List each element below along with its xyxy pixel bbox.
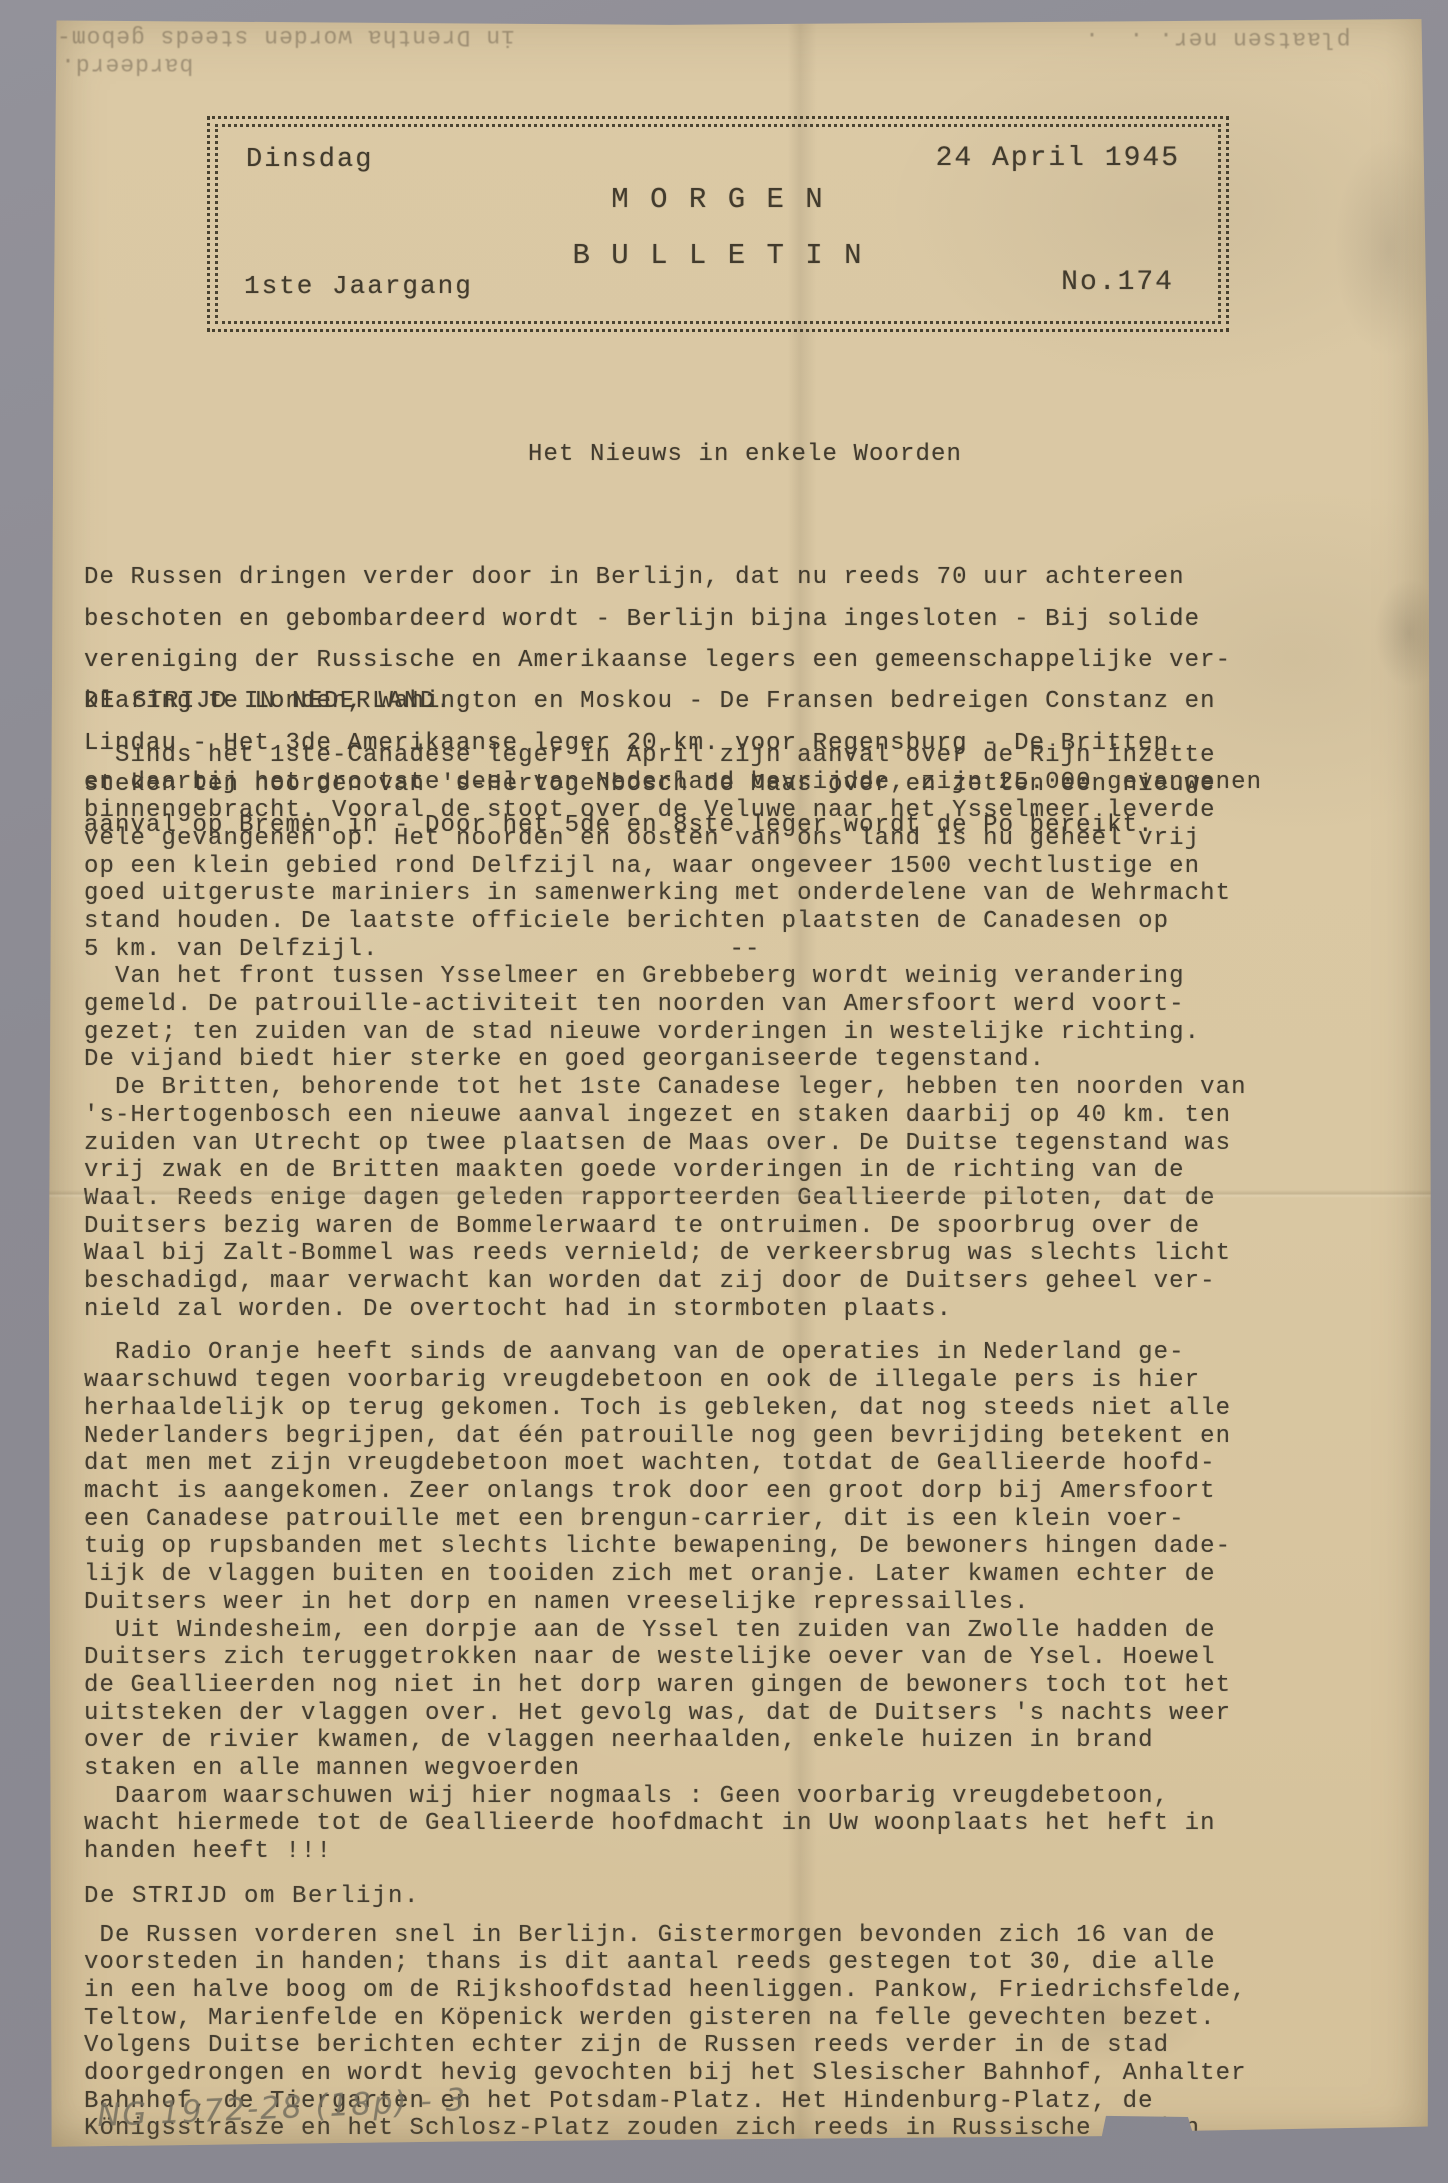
ghost-print-line: in Drentha worden steeds gebom- bbox=[56, 24, 515, 50]
text-line: Radio Oranje heeft sinds de aanvang van … bbox=[84, 1339, 1414, 1367]
text-line: 5 km. van Delfzijl. bbox=[84, 936, 1414, 964]
masthead-day: Dinsdag bbox=[246, 145, 373, 175]
text-line: gemeld. De patrouille-activiteit ten noo… bbox=[84, 991, 1414, 1019]
text-line: goed uitgeruste mariniers in samenwerkin… bbox=[84, 880, 1414, 908]
text-line: beschadigd, maar verwacht kan worden dat… bbox=[84, 1268, 1414, 1296]
paper-stain bbox=[1334, 138, 1444, 358]
text-line: 's-Hertogenbosch een nieuwe aanval ingez… bbox=[84, 1102, 1414, 1130]
text-line: gezet; ten zuiden van de stad nieuwe vor… bbox=[84, 1019, 1414, 1047]
text-line: Waal bij Zalt-Bommel was reeds vernield;… bbox=[84, 1240, 1414, 1268]
masthead-issue-number: No.174 bbox=[1061, 267, 1174, 298]
masthead-title-line1: M O R G E N bbox=[210, 183, 1226, 216]
text-line: stand houden. De laatste officiele beric… bbox=[84, 908, 1414, 936]
paragraph: Radio Oranje heeft sinds de aanvang van … bbox=[84, 1339, 1414, 1616]
text-line: vele gevangenen op. Het noorden en ooste… bbox=[84, 825, 1414, 853]
text-line: De Britten, behorende tot het 1ste Canad… bbox=[84, 1074, 1414, 1102]
text-line: De vijand biedt hier sterke en goed geor… bbox=[84, 1046, 1414, 1074]
text-line: macht is aangekomen. Zeer onlangs trok d… bbox=[84, 1478, 1414, 1506]
text-line: dat men met zijn vreugdebetoon moet wach… bbox=[84, 1450, 1414, 1478]
text-line: uitsteken der vlaggen over. Het gevolg w… bbox=[84, 1700, 1414, 1728]
paragraph: Daarom waarschuwen wij hier nogmaals : G… bbox=[84, 1783, 1414, 1866]
text-line: wacht hiermede tot de Geallieerde hoofdm… bbox=[84, 1810, 1414, 1838]
body-blocks: DE STRIJD IN NEDERLAND. Sinds het 1ste-C… bbox=[84, 688, 1414, 2143]
newsletter-page: in Drentha worden steeds gebom- bardeerd… bbox=[44, 18, 1434, 2150]
text-line: Volgens Duitse berichten echter zijn de … bbox=[84, 2032, 1414, 2060]
text-line: in een halve boog om de Rijkshoofdstad h… bbox=[84, 1977, 1414, 2005]
masthead-box: Dinsdag 24 April 1945 M O R G E N B U L … bbox=[207, 116, 1229, 332]
text-line: De Russen vorderen snel in Berlijn. Gist… bbox=[84, 1922, 1414, 1950]
text-line: staken en alle mannen wegvoerden bbox=[84, 1755, 1414, 1783]
text-line: vereniging der Russische en Amerikaanse … bbox=[84, 640, 1406, 681]
text-line: vrij zwak en de Britten maakten goede vo… bbox=[84, 1157, 1414, 1185]
text-line: De Russen dringen verder door in Berlijn… bbox=[84, 557, 1406, 598]
scan-background: { "colors": { "background_gray": "#8c8b9… bbox=[0, 0, 1448, 2183]
text-line: Daarom waarschuwen wij hier nogmaals : G… bbox=[84, 1783, 1414, 1811]
text-line: handen heeft !!! bbox=[84, 1838, 1414, 1866]
text-line: Uit Windesheim, een dorpje aan de Yssel … bbox=[84, 1617, 1414, 1645]
text-line: Sinds het 1ste-Canadese leger in April z… bbox=[84, 742, 1414, 770]
text-line: Duitsers bezig waren de Bommelerwaard te… bbox=[84, 1213, 1414, 1241]
text-line: nield zal worden. De overtocht had in st… bbox=[84, 1296, 1414, 1324]
text-line: Nederlanders begrijpen, dat één patrouil… bbox=[84, 1423, 1414, 1451]
text-line: Van het front tussen Ysselmeer en Grebbe… bbox=[84, 963, 1414, 991]
ghost-print-line: bardeerd. bbox=[60, 52, 193, 78]
section-heading: De STRIJD om Berlijn. bbox=[84, 1883, 1414, 1911]
text-line: zuiden van Utrecht op twee plaatsen de M… bbox=[84, 1130, 1414, 1158]
text-line: Duitsers zich teruggetrokken naar de wes… bbox=[84, 1644, 1414, 1672]
text-line: Duitsers weer in het dorp en namen vrees… bbox=[84, 1589, 1414, 1617]
text-line: voorsteden in handen; thans is dit aanta… bbox=[84, 1949, 1414, 1977]
section-heading: DE STRIJD IN NEDERLAND. bbox=[84, 688, 1414, 716]
text-line: over de rivier kwamen, de vlaggen neerha… bbox=[84, 1727, 1414, 1755]
summary-heading: Het Nieuws in enkele Woorden bbox=[84, 434, 1406, 475]
text-line: de Geallieerden nog niet in het dorp war… bbox=[84, 1672, 1414, 1700]
paragraph: De Britten, behorende tot het 1ste Canad… bbox=[84, 1074, 1414, 1323]
text-line: een Canadese patrouille met een brengun-… bbox=[84, 1506, 1414, 1534]
text-line: Waal. Reeds enige dagen geleden rapporte… bbox=[84, 1185, 1414, 1213]
text-line: binnengebracht. Vooral de stoot over de … bbox=[84, 797, 1414, 825]
text-line: Teltow, Marienfelde en Köpenick werden g… bbox=[84, 2005, 1414, 2033]
masthead-date: 24 April 1945 bbox=[936, 143, 1180, 174]
text-line: herhaaldelijk op terug gekomen. Toch is … bbox=[84, 1395, 1414, 1423]
text-line: beschoten en gebombardeerd wordt - Berli… bbox=[84, 599, 1406, 640]
text-line: en daarbij het grootste deel van Nederla… bbox=[84, 769, 1414, 797]
text-line: lijk de vlaggen buiten en tooiden zich m… bbox=[84, 1561, 1414, 1589]
masthead-volume: 1ste Jaargang bbox=[244, 271, 473, 301]
paragraph: Uit Windesheim, een dorpje aan de Yssel … bbox=[84, 1617, 1414, 1783]
text-line: waarschuwd tegen voorbarig vreugdebetoon… bbox=[84, 1367, 1414, 1395]
ghost-print-line: plaatsen ner. . . bbox=[1084, 26, 1350, 52]
paragraph: Van het front tussen Ysselmeer en Grebbe… bbox=[84, 963, 1414, 1074]
paragraph: Sinds het 1ste-Canadese leger in April z… bbox=[84, 742, 1414, 964]
text-line: op een klein gebied rond Delfzijl na, wa… bbox=[84, 853, 1414, 881]
text-line: doorgedrongen en wordt hevig gevochten b… bbox=[84, 2060, 1414, 2088]
text-line: tuig op rupsbanden met slechts lichte be… bbox=[84, 1533, 1414, 1561]
